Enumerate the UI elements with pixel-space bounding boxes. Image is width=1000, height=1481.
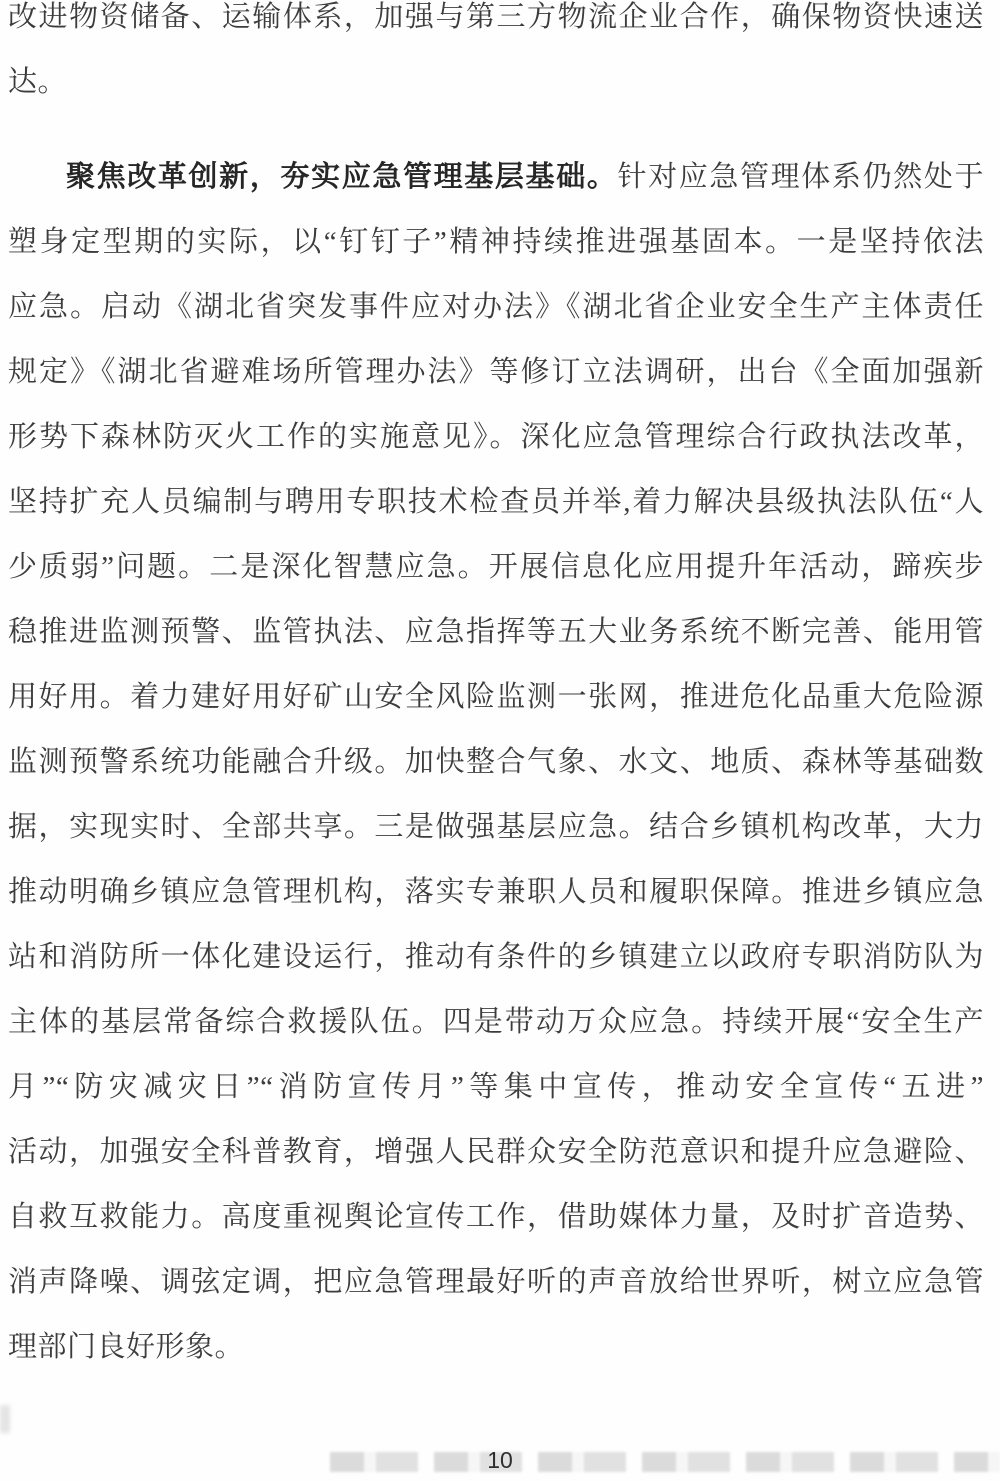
text-line: 据，实现实时、全部共享。三是做强基层应急。结合乡镇机构改革，大力 [8, 795, 984, 860]
text-line: 达。 [8, 50, 984, 115]
text-line: 推动明确乡镇应急管理机构，落实专兼职人员和履职保障。推进乡镇应急 [8, 860, 984, 925]
text-line: 月”“防灾减灾日”“消防宣传月”等集中宣传，推动安全宣传“五进” [8, 1055, 984, 1120]
text-line: 自救互救能力。高度重视舆论宣传工作，借助媒体力量，及时扩音造势、 [8, 1185, 984, 1250]
text-line: 塑身定型期的实际，以“钉钉子”精神持续推进强基固本。一是坚持依法 [8, 210, 984, 275]
text-line: 坚持扩充人员编制与聘用专职技术检查员并举,着力解决县级执法队伍“人 [8, 470, 984, 535]
text-line: 主体的基层常备综合救援队伍。四是带动万众应急。持续开展“安全生产 [8, 990, 984, 1055]
paragraph-continuation: 改进物资储备、运输体系，加强与第三方物流企业合作，确保物资快速送 达。 [8, 0, 984, 115]
text-line: 形势下森林防灭火工作的实施意见》。深化应急管理综合行政执法改革， [8, 405, 984, 470]
paragraph-lead-bold: 聚焦改革创新，夯实应急管理基层基础。 [66, 161, 617, 193]
text-line: 少质弱”问题。二是深化智慧应急。开展信息化应用提升年活动，蹄疾步 [8, 535, 984, 600]
text-line: 规定》《湖北省避难场所管理办法》等修订立法调研，出台《全面加强新 [8, 340, 984, 405]
text-line: 改进物资储备、运输体系，加强与第三方物流企业合作，确保物资快速送 [8, 0, 984, 50]
page-number: 10 [0, 1447, 1000, 1474]
text-line: 活动，加强安全科普教育，增强人民群众安全防范意识和提升应急避险、 [8, 1120, 984, 1185]
text-line: 理部门良好形象。 [8, 1315, 984, 1380]
scan-edge-smudge [0, 1405, 10, 1433]
document-page: 改进物资储备、运输体系，加强与第三方物流企业合作，确保物资快速送 达。 聚焦改革… [0, 0, 1000, 1481]
text-line: 站和消防所一体化建设运行，推动有条件的乡镇建立以政府专职消防队为 [8, 925, 984, 990]
text-line: 稳推进监测预警、监管执法、应急指挥等五大业务系统不断完善、能用管 [8, 600, 984, 665]
text-line: 监测预警系统功能融合升级。加快整合气象、水文、地质、森林等基础数 [8, 730, 984, 795]
text-line: 消声降噪、调弦定调，把应急管理最好听的声音放给世界听，树立应急管 [8, 1250, 984, 1315]
text-line: 聚焦改革创新，夯实应急管理基层基础。针对应急管理体系仍然处于 [8, 145, 984, 210]
text-block: 改进物资储备、运输体系，加强与第三方物流企业合作，确保物资快速送 达。 聚焦改革… [8, 0, 984, 1380]
text-line: 用好用。着力建好用好矿山安全风险监测一张网，推进危化品重大危险源 [8, 665, 984, 730]
paragraph-main: 聚焦改革创新，夯实应急管理基层基础。针对应急管理体系仍然处于 塑身定型期的实际，… [8, 145, 984, 1380]
paragraph-lead-rest: 针对应急管理体系仍然处于 [617, 161, 984, 193]
text-line: 应急。启动《湖北省突发事件应对办法》《湖北省企业安全生产主体责任 [8, 275, 984, 340]
